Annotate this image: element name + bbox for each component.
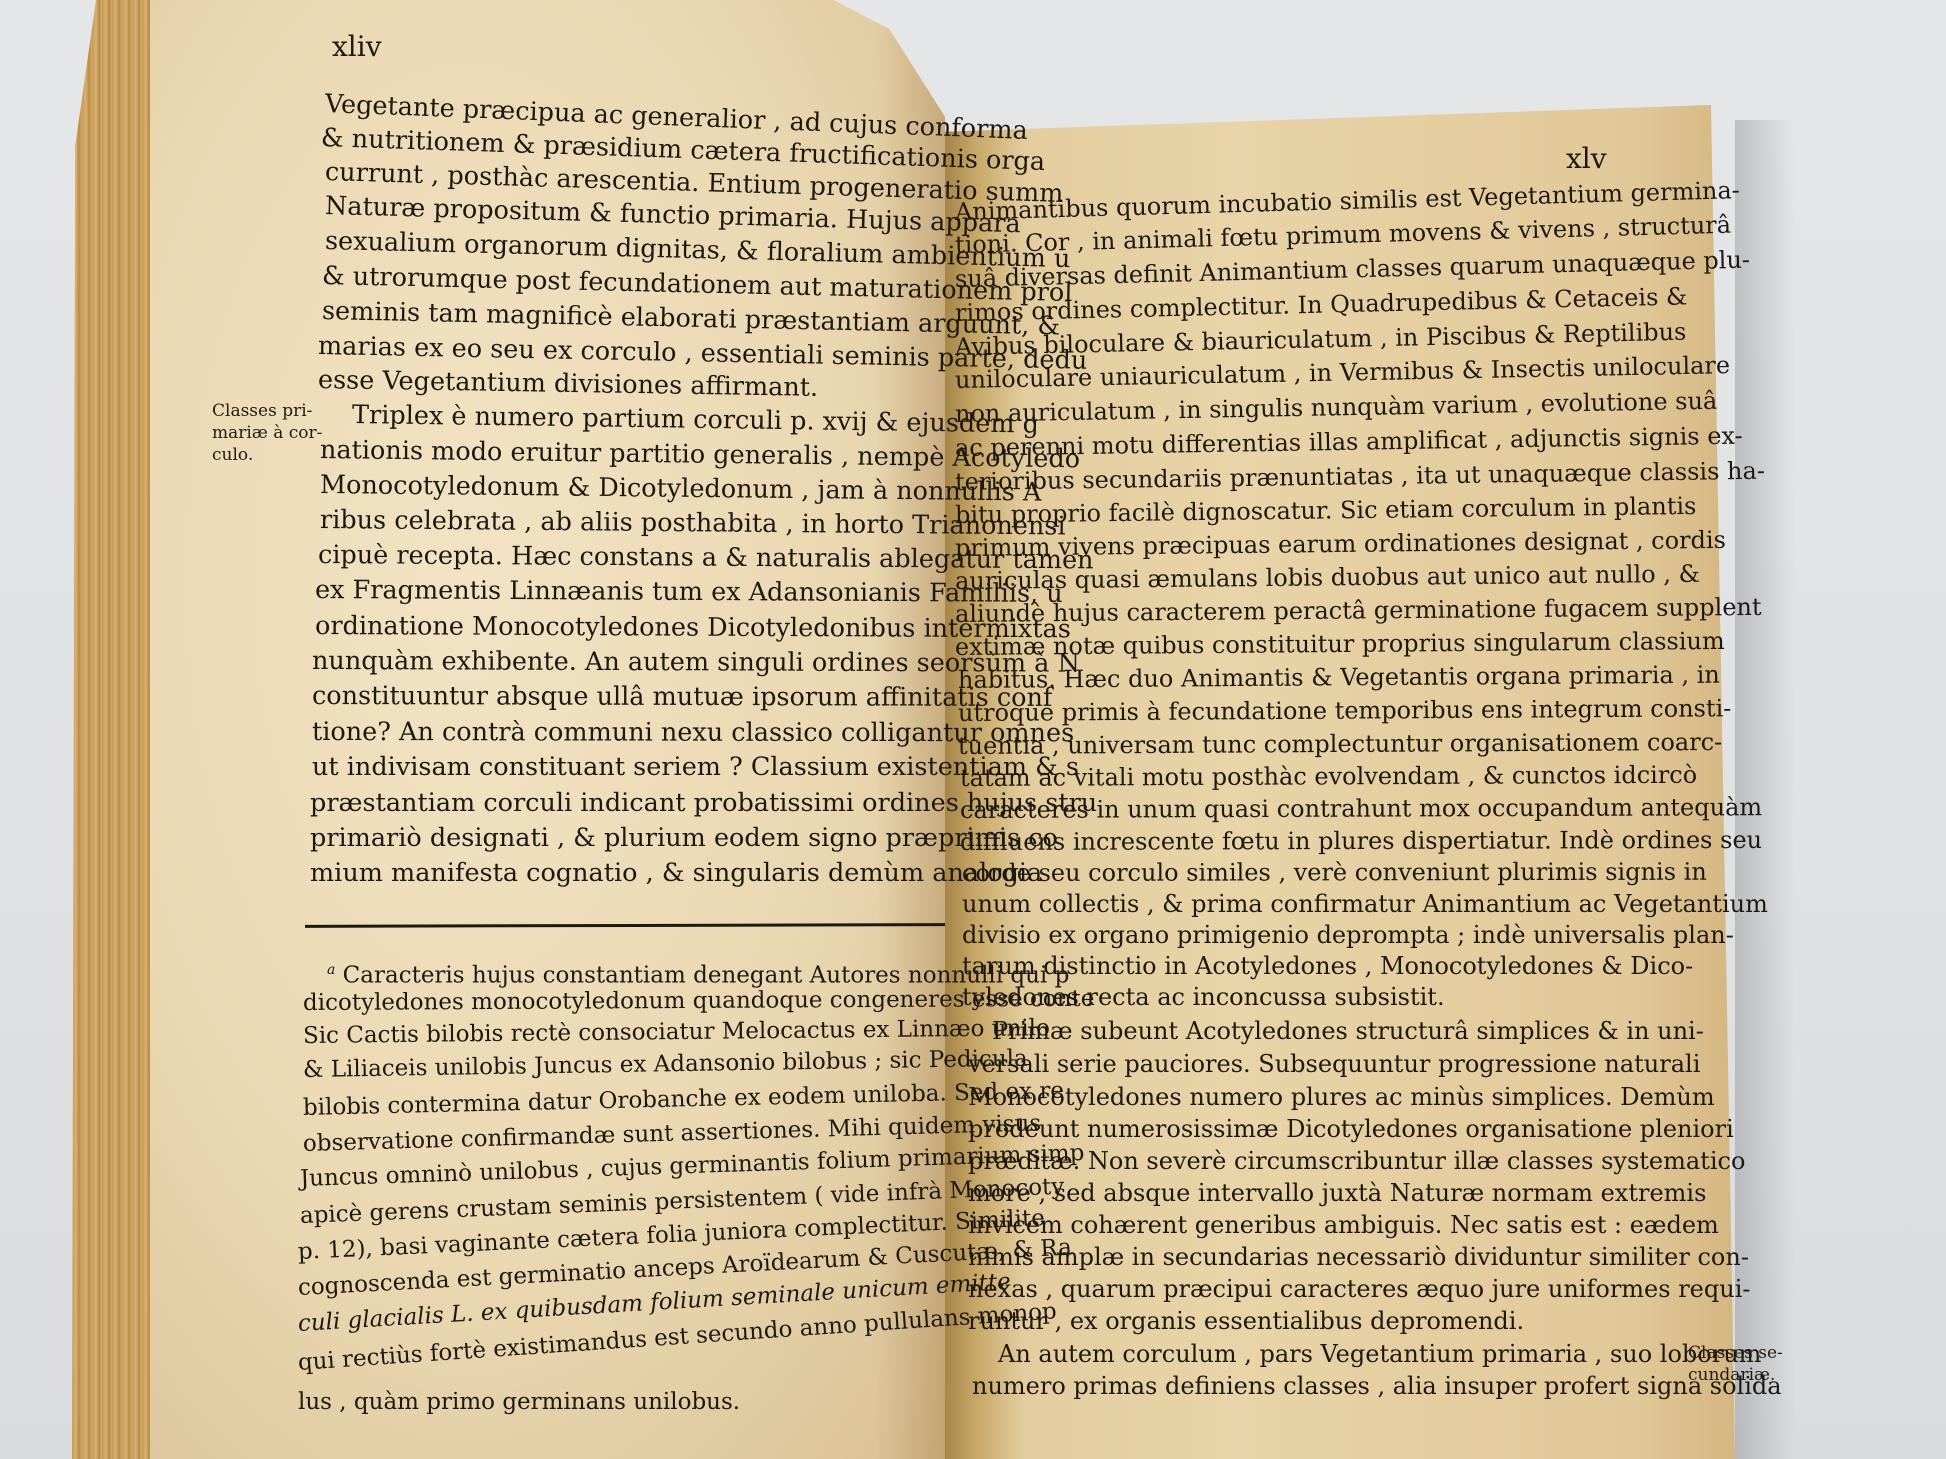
left-margin-note: Classes pri- mariæ à cor- culo. <box>212 400 322 466</box>
left-folio: xliv <box>332 30 382 63</box>
page-block-edges <box>72 0 152 1459</box>
footnote-line: lus , quàm primo germinans unilobus. <box>298 1384 740 1421</box>
footnote-marker: a <box>327 962 335 978</box>
open-book: xliv Vegetante præcipua ac generalior , … <box>0 0 1946 1459</box>
text-line: mium manifesta cognatio , & singularis d… <box>310 853 1042 895</box>
right-margin-note: Classes se- cundariæ. <box>1688 1342 1783 1386</box>
margin-note-line: cundariæ. <box>1688 1364 1783 1386</box>
right-folio: xlv <box>1566 142 1607 175</box>
text-line: numero primas definiens classes , alia i… <box>972 1366 1782 1408</box>
margin-note-line: Classes se- <box>1688 1342 1783 1364</box>
margin-note-line: Classes pri- <box>212 400 322 422</box>
margin-note-line: culo. <box>212 444 322 466</box>
margin-note-line: mariæ à cor- <box>212 422 322 444</box>
